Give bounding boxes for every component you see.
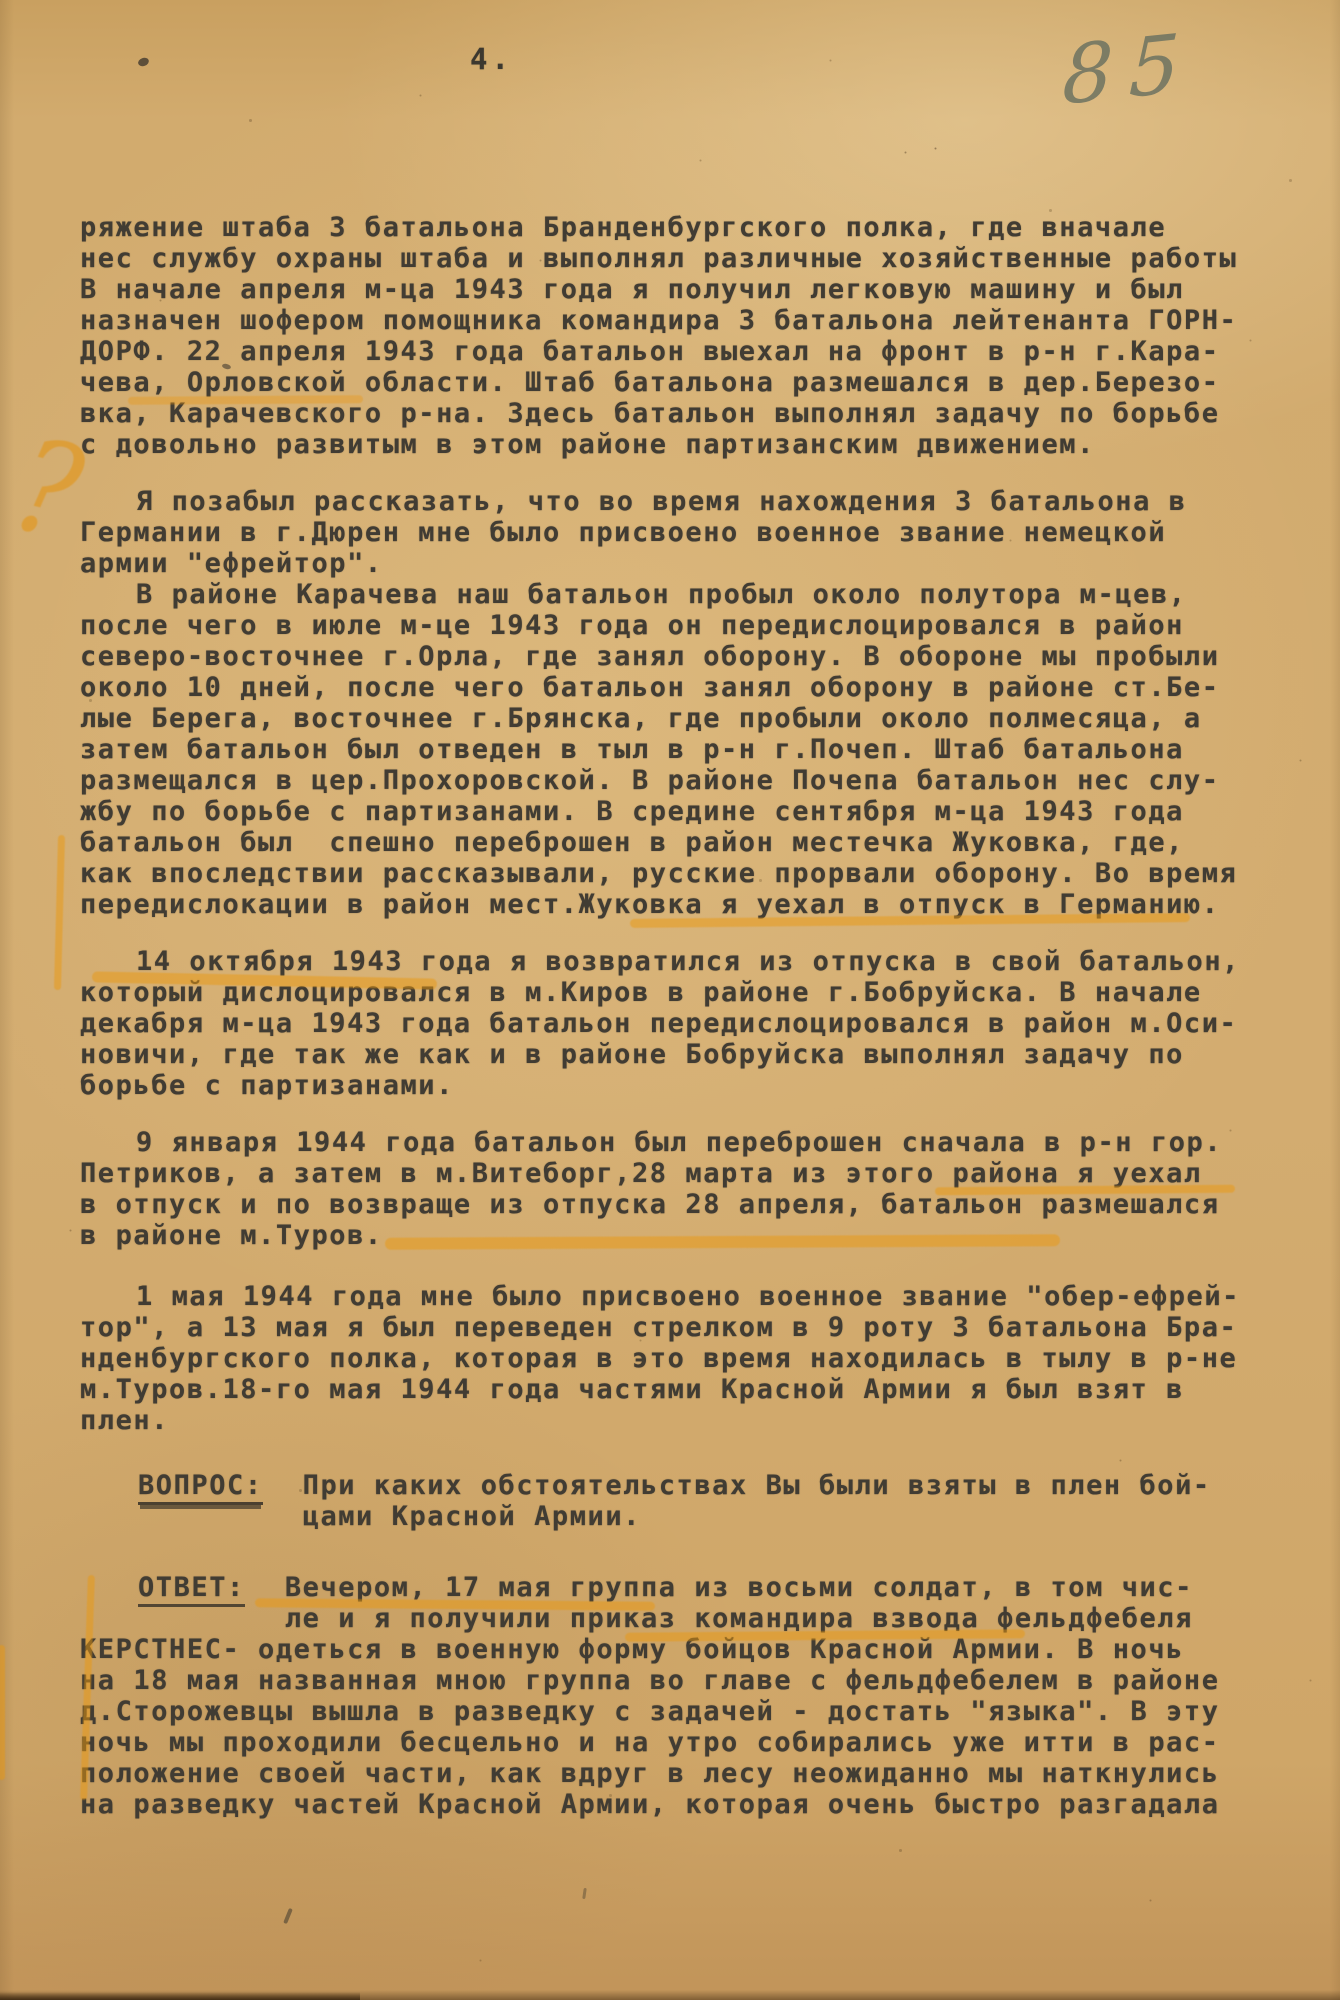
document-body: ряжение штаба 3 батальона Бранденбургско… xyxy=(80,212,1320,1820)
paragraph-4: 14 октября 1943 года я возвратился из от… xyxy=(80,946,1320,1101)
paragraph-1: ряжение штаба 3 батальона Бранденбургско… xyxy=(80,212,1320,460)
crayon-edge-line xyxy=(0,1645,5,1780)
page-number: 4. xyxy=(470,42,513,76)
paragraph-3: В районе Карачева наш батальон пробыл ок… xyxy=(80,579,1320,920)
ink-blot-top-left xyxy=(137,56,150,67)
paragraph-2: Я позабыл рассказать, что во время нахож… xyxy=(80,486,1320,579)
answer-text-full: КЕРСТНЕС- одеться в военную форму бойцов… xyxy=(80,1634,1320,1820)
pen-stroke-bottom-2 xyxy=(582,1888,587,1899)
question-text: При каких обстоятельствах Вы были взяты … xyxy=(303,1470,1211,1532)
crayon-underline-orlovskoy xyxy=(128,395,363,405)
pen-stroke-bottom xyxy=(283,1908,293,1924)
crayon-margin-line-1 xyxy=(54,835,65,990)
paper-specks xyxy=(0,0,1,1)
document-page: 4. 85 ряжение штаба 3 батальона Бранденб… xyxy=(0,0,1340,2000)
question-label: ВОПРОС: xyxy=(138,1470,263,1505)
answer-label-wrap: ОТВЕТ: xyxy=(80,1572,245,1607)
question-label-wrap: ВОПРОС: xyxy=(80,1470,263,1505)
handwritten-page-number: 85 xyxy=(1061,6,1283,123)
question-block: ВОПРОС: При каких обстоятельствах Вы был… xyxy=(80,1470,1320,1532)
answer-label: ОТВЕТ: xyxy=(138,1572,245,1607)
paragraph-6: 1 мая 1944 года мне было присвоено военн… xyxy=(80,1281,1320,1436)
page-bottom-edge-dark xyxy=(0,1992,360,2000)
